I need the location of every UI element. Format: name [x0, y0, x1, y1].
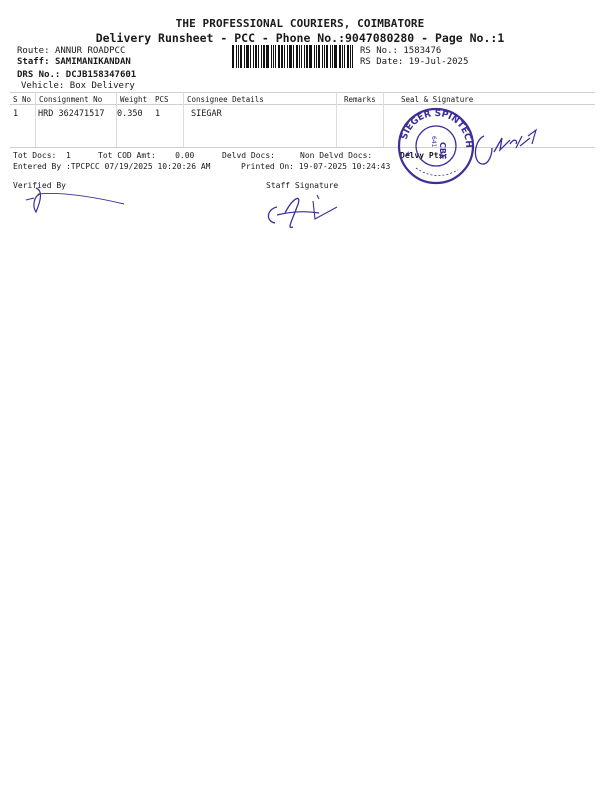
rs-date-label: RS Date:	[360, 57, 403, 67]
rs-date-line: RS Date: 19-Jul-2025	[360, 57, 468, 67]
vehicle-line: Vehicle: Box Delivery	[21, 81, 135, 91]
col-header-seal: Seal & Signature	[401, 95, 473, 104]
cell-consignment: HRD 362471517	[38, 109, 105, 119]
vehicle-label: Vehicle:	[21, 81, 64, 91]
drs-line: DRS No.: DCJB158347601	[17, 70, 136, 80]
entered-by: Entered By :TPCPCC 07/19/2025 10:20:26 A…	[13, 162, 210, 171]
col-divider	[183, 92, 184, 147]
company-stamp-icon: SIEGER SPINTECH ★ CBE 641	[396, 106, 476, 186]
col-header-pcs: PCS	[155, 95, 169, 104]
svg-text:★: ★	[405, 150, 411, 158]
col-divider	[116, 92, 117, 147]
route-value: ANNUR ROADPCC	[55, 46, 125, 56]
barcode	[232, 45, 355, 68]
tot-cod-label: Tot COD Amt:	[98, 151, 156, 160]
staff-label: Staff:	[17, 57, 50, 67]
totals-line: Tot Docs: 1	[13, 151, 71, 160]
verified-signature-icon	[20, 186, 130, 216]
staff-line: Staff: SAMIMANIKANDAN	[17, 57, 131, 67]
tot-cod-value: 0.00	[175, 151, 194, 160]
staff-value: SAMIMANIKANDAN	[55, 57, 131, 67]
col-divider	[336, 92, 337, 147]
col-divider	[35, 92, 36, 147]
col-header-weight: Weight	[120, 95, 147, 104]
tot-docs-label: Tot Docs:	[13, 151, 56, 160]
col-header-consignment: Consignment No	[39, 95, 102, 104]
tot-docs-value: 1	[66, 151, 71, 160]
col-header-consignee: Consignee Details	[187, 95, 264, 104]
runsheet-subtitle: Delivery Runsheet - PCC - Phone No.:9047…	[0, 31, 600, 45]
receiver-signature-icon	[470, 118, 550, 170]
rs-no-label: RS No.:	[360, 46, 398, 56]
table-header-border	[10, 104, 595, 105]
rs-no-line: RS No.: 1583476	[360, 46, 441, 56]
tot-cod: Tot COD Amt: 0.00	[98, 151, 194, 160]
table-top-border	[10, 92, 595, 93]
col-header-remarks: Remarks	[344, 95, 376, 104]
delvd-docs-label: Delvd Docs:	[222, 151, 275, 160]
staff-signature-icon	[263, 193, 353, 231]
route-line: Route: ANNUR ROADPCC	[17, 46, 125, 56]
svg-text:641: 641	[430, 136, 437, 148]
drs-value: DCJB158347601	[66, 70, 136, 80]
col-header-sno: S No	[13, 95, 31, 104]
col-divider	[383, 92, 384, 147]
rs-no-value: 1583476	[403, 46, 441, 56]
printed-on: Printed On: 19-07-2025 10:24:43	[241, 162, 390, 171]
non-delvd-docs-label: Non Delvd Docs:	[300, 151, 372, 160]
company-title: THE PROFESSIONAL COURIERS, COIMBATORE	[0, 17, 600, 30]
drs-label: DRS No.:	[17, 70, 60, 80]
route-label: Route:	[17, 46, 50, 56]
staff-signature-label: Staff Signature	[266, 181, 338, 190]
cell-consignee: SIEGAR	[191, 109, 222, 119]
vehicle-value: Box Delivery	[70, 81, 135, 91]
svg-text:CBE: CBE	[438, 142, 447, 159]
cell-sno: 1	[13, 109, 18, 119]
rs-date-value: 19-Jul-2025	[409, 57, 469, 67]
cell-weight: 0.350	[117, 109, 143, 119]
cell-pcs: 1	[155, 109, 160, 119]
